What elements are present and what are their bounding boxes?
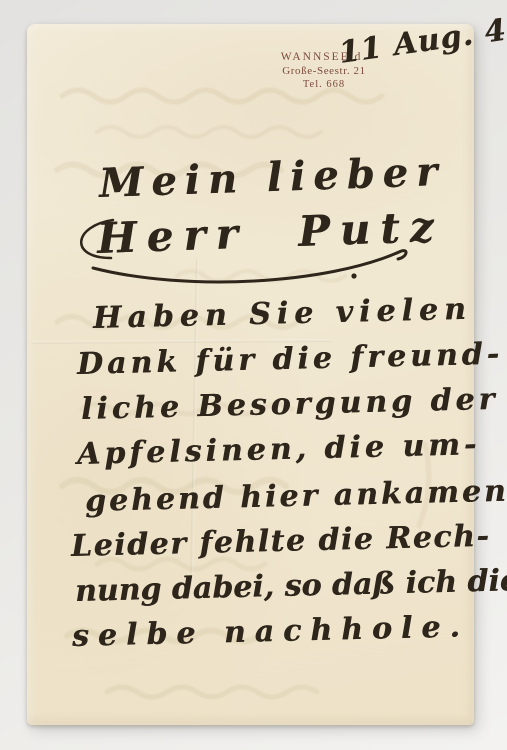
letter-body-line: gehend hier ankamen.	[85, 473, 507, 519]
letter-paper: WANNSEE d. Große-Seestr. 21 Tel. 668 11 …	[27, 24, 474, 725]
letter-body-line: selbe nachhole.	[72, 609, 470, 654]
letter-body-line: liche Besorgung der	[81, 382, 499, 427]
ink-dot	[351, 273, 356, 278]
letterhead-line-phone: Tel. 668	[259, 78, 389, 92]
letter-body-line: Leider fehlte die Rech-	[71, 519, 491, 564]
letter-body-line: Apfelsinen, die um-	[77, 427, 481, 472]
salutation-line-1: Mein lieber	[98, 148, 446, 207]
scanned-letter-scene: WANNSEE d. Große-Seestr. 21 Tel. 668 11 …	[0, 0, 507, 750]
letter-body-line: Haben Sie vielen	[93, 292, 473, 336]
letter-body-line: Dank für die freund-	[77, 337, 504, 382]
letter-body-line: nung dabei, so daß ich die-	[75, 563, 507, 609]
handwritten-date: 11 Aug. 47.	[337, 8, 507, 71]
salutation-line-2: Herr Putz	[96, 202, 444, 263]
